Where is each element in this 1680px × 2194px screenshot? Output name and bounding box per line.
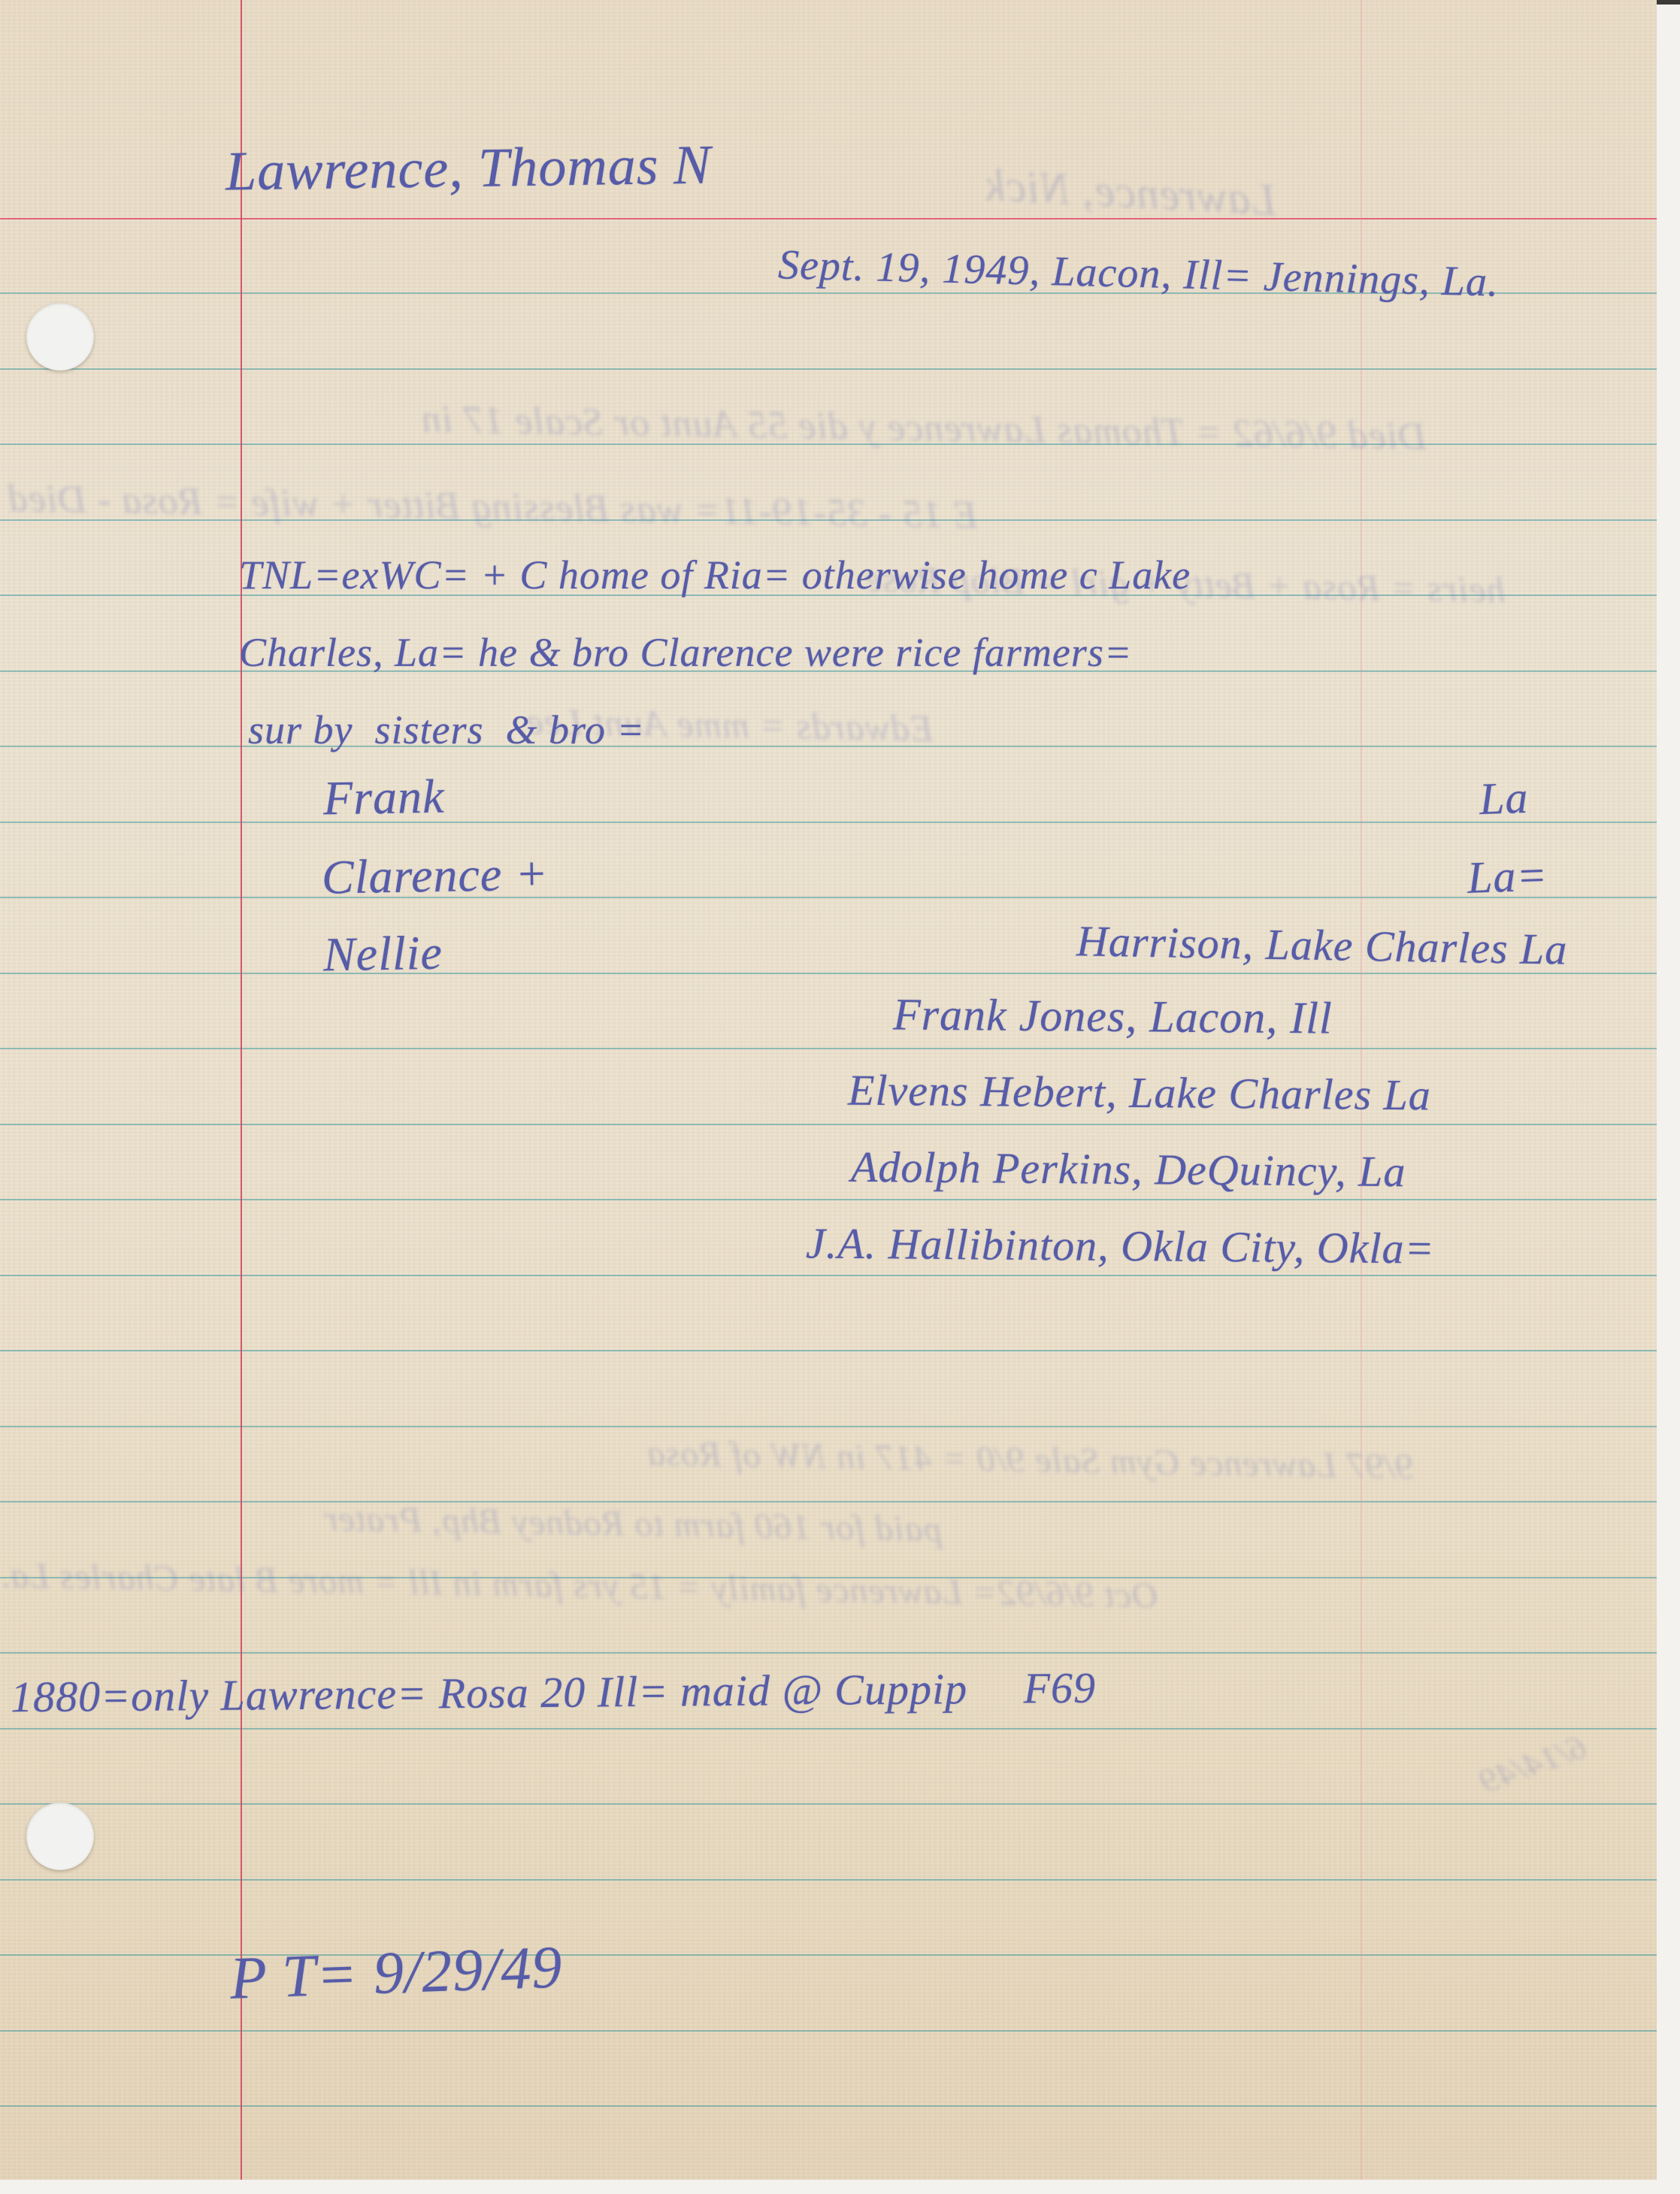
ruled-line	[0, 1199, 1657, 1200]
sibling-3-name: Nellie	[322, 925, 443, 983]
bleedthrough-text: 6/14/49	[1473, 1726, 1591, 1801]
ruled-line	[0, 973, 1657, 974]
date-place-line: Sept. 19, 1949, Lacon, Ill= Jennings, La…	[777, 241, 1499, 306]
bleedthrough-text: E 15 - 35-19-11= was Blessing Bitter + w…	[8, 477, 979, 538]
ruled-line	[0, 1501, 1657, 1503]
ruled-line	[0, 1124, 1657, 1125]
sibling-1-place: La	[1479, 772, 1530, 825]
sibling-3-place: Harrison, Lake Charles La	[1076, 915, 1567, 974]
ruled-line	[0, 1350, 1657, 1351]
contact-line-1: Frank Jones, Lacon, Ill	[893, 988, 1333, 1044]
ruled-line	[0, 1426, 1657, 1427]
ruled-line	[0, 1728, 1657, 1729]
notebook-paper: Lawrence, NickDied 9/6/62 = Thomas Lawre…	[0, 0, 1657, 2180]
scanner-background-bottom	[0, 2180, 1680, 2194]
scanner-edge-notch	[1657, 0, 1680, 5]
sibling-1-name: Frank	[322, 769, 445, 827]
body-line-3: sur by sisters & bro =	[248, 707, 645, 753]
ruled-line	[0, 897, 1657, 898]
ruled-line	[0, 2030, 1657, 2032]
ruled-line	[0, 822, 1657, 823]
sibling-2-name: Clarence +	[321, 846, 549, 905]
bleedthrough-text: 9/97 Lawrence Gym Sale 9/0 = 417 in NW o…	[646, 1433, 1414, 1487]
punch-hole	[26, 1802, 94, 1870]
scanner-background-right	[1657, 0, 1680, 2194]
scanned-page: Lawrence, NickDied 9/6/62 = Thomas Lawre…	[0, 0, 1680, 2194]
bleedthrough-text: Died 9/6/62 = Thomas Lawrence y die 55 A…	[421, 397, 1427, 458]
census-line: 1880=only Lawrence= Rosa 20 Ill= maid @ …	[11, 1663, 1097, 1723]
punch-hole	[26, 303, 94, 371]
ruled-line	[0, 2105, 1657, 2107]
bleedthrough-text: Oct 9/6/92= Lawrence family = 15 yrs far…	[0, 1555, 1158, 1617]
ruled-line	[0, 368, 1657, 370]
filed-date-line: P T= 9/29/49	[229, 1933, 564, 2013]
body-line-2: Charles, La= he & bro Clarence were rice…	[239, 629, 1132, 676]
contact-line-2: Elvens Hebert, Lake Charles La	[848, 1065, 1431, 1121]
body-line-1: TNL=exWC= + C home of Ria= otherwise hom…	[239, 552, 1191, 598]
ruled-line	[0, 1275, 1657, 1276]
contact-line-4: J.A. Hallibinton, Okla City, Okla=	[806, 1218, 1435, 1273]
header-rule-line	[0, 218, 1657, 219]
ruled-line	[0, 1048, 1657, 1049]
bleedthrough-text: paid for 160 farm to Rodney Bhp, Prater	[323, 1498, 943, 1550]
ruled-line	[0, 1652, 1657, 1654]
margin-rule-line	[241, 0, 242, 2180]
title-line: Lawrence, Thomas N	[225, 133, 711, 204]
contact-line-3: Adolph Perkins, DeQuincy, La	[851, 1142, 1406, 1197]
ruled-line	[0, 1803, 1657, 1805]
ruled-line	[0, 1879, 1657, 1881]
sibling-2-place: La=	[1467, 849, 1548, 904]
bleedthrough-text: Lawrence, Nick	[983, 159, 1277, 226]
